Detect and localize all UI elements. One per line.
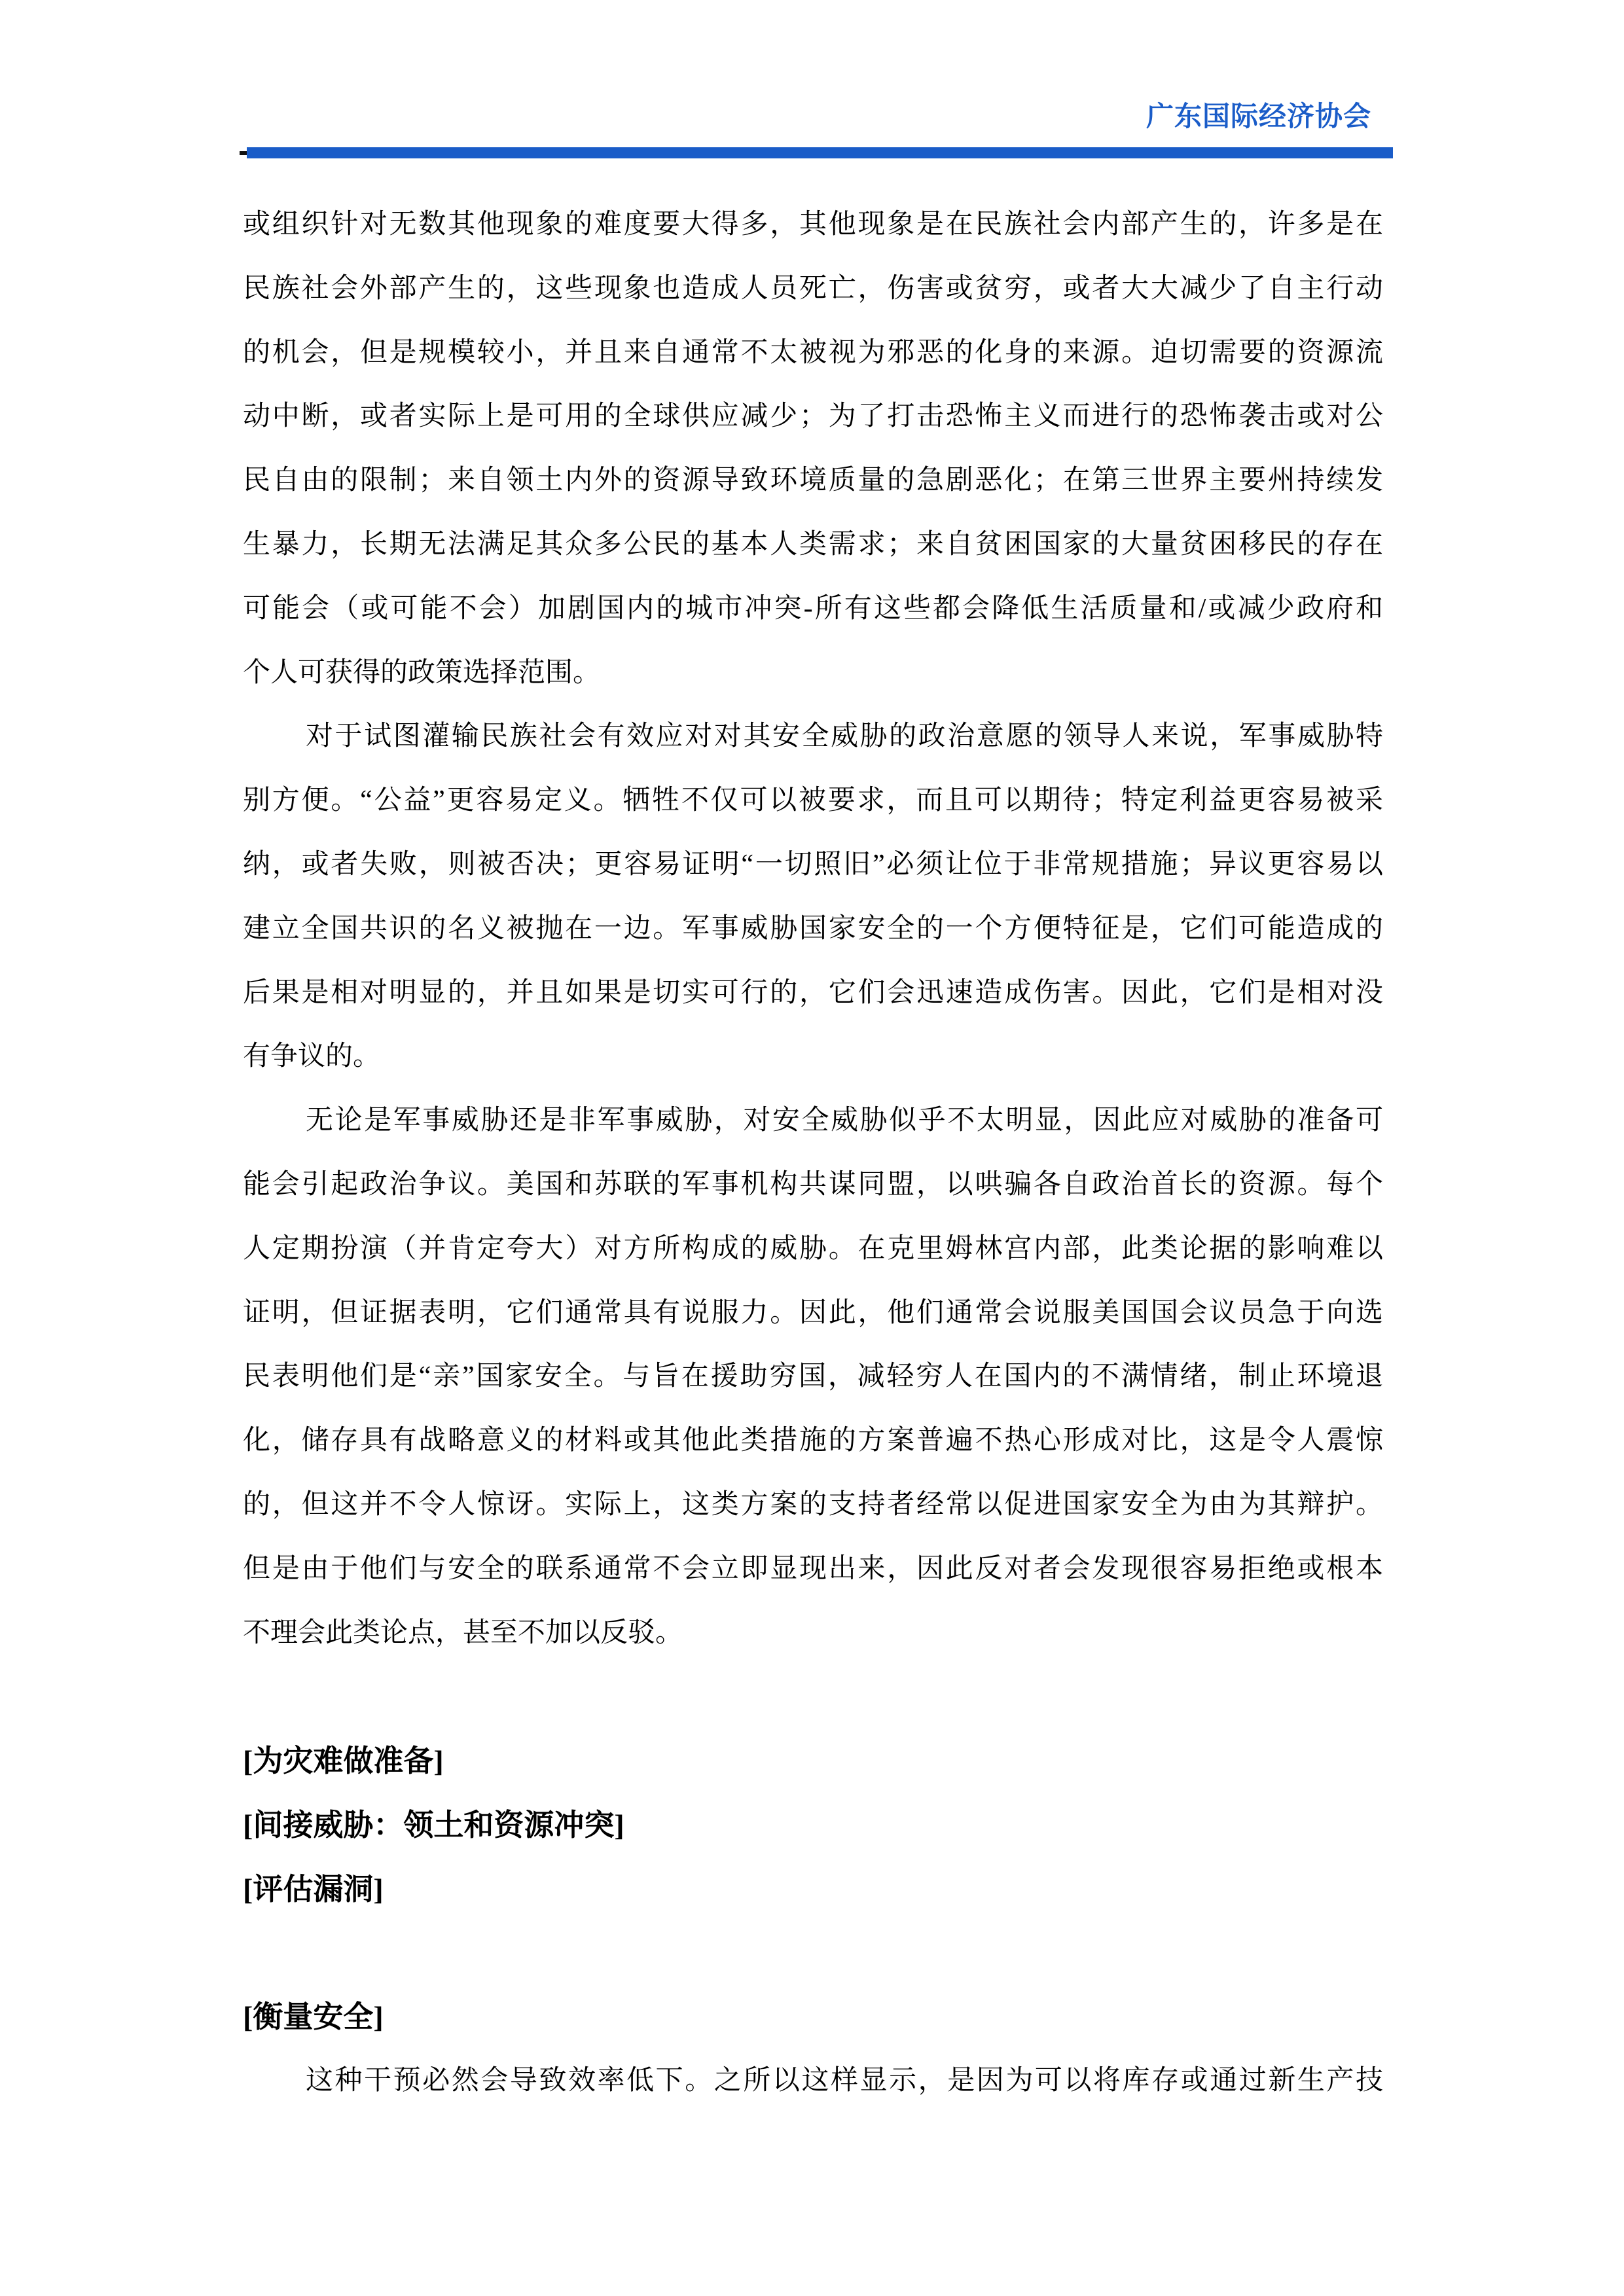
body-text: 或组织针对无数其他现象的难度要大得多，其他现象是在民族社会内部产生的，许多是在 …: [243, 193, 1383, 2113]
text-line: 民自由的限制；来自领土内外的资源导致环境质量的急剧恶化；在第三世界主要州持续发: [243, 449, 1383, 513]
text-line: 这种干预必然会导致效率低下。之所以这样显示，是因为可以将库存或通过新生产技: [243, 2049, 1383, 2113]
header-org-name: 广东国际经济协会: [1146, 102, 1371, 131]
section-heading: [为灾难做准备]: [243, 1729, 1383, 1793]
text-line: 证明，但证据表明，它们通常具有说服力。因此，他们通常会说服美国国会议员急于向选: [243, 1282, 1383, 1346]
text-line: 民表明他们是“亲”国家安全。与旨在援助穷国，减轻穷人在国内的不满情绪，制止环境退: [243, 1345, 1383, 1409]
text-line: 人定期扮演（并肯定夸大）对方所构成的威胁。在克里姆林宫内部，此类论据的影响难以: [243, 1217, 1383, 1282]
text-line: 的，但这并不令人惊讶。实际上，这类方案的支持者经常以促进国家安全为由为其辩护。: [243, 1473, 1383, 1537]
section-heading: [评估漏洞]: [243, 1857, 1383, 1922]
document-page: 广东国际经济协会 - 或组织针对无数其他现象的难度要大得多，其他现象是在民族社会…: [0, 0, 1624, 2296]
section-heading: [衡量安全]: [243, 1985, 1383, 2049]
text-line: 别方便。“公益”更容易定义。牺牲不仅可以被要求，而且可以期待；特定利益更容易被采: [243, 769, 1383, 833]
text-line: 个人可获得的政策选择范围。: [243, 641, 1383, 706]
text-line: 有争议的。: [243, 1025, 1383, 1089]
text-line: 对于试图灌输民族社会有效应对对其安全威胁的政治意愿的领导人来说，军事威胁特: [243, 705, 1383, 769]
text-line: 化，储存具有战略意义的材料或其他此类措施的方案普遍不热心形成对比，这是令人震惊: [243, 1409, 1383, 1473]
text-line: 后果是相对明显的，并且如果是切实可行的，它们会迅速造成伤害。因此，它们是相对没: [243, 961, 1383, 1026]
text-line: 生暴力，长期无法满足其众多公民的基本人类需求；来自贫困国家的大量贫困移民的存在: [243, 513, 1383, 577]
text-line: 但是由于他们与安全的联系通常不会立即显现出来，因此反对者会发现很容易拒绝或根本: [243, 1537, 1383, 1602]
text-line: 的机会，但是规模较小，并且来自通常不太被视为邪恶的化身的来源。迫切需要的资源流: [243, 321, 1383, 386]
text-line: 可能会（或可能不会）加剧国内的城市冲突-所有这些都会降低生活质量和/或减少政府和: [243, 577, 1383, 641]
text-line: 动中断，或者实际上是可用的全球供应减少；为了打击恐怖主义而进行的恐怖袭击或对公: [243, 385, 1383, 449]
blank-line: [243, 1922, 1383, 1986]
header-rule: [247, 147, 1393, 158]
text-line: 或组织针对无数其他现象的难度要大得多，其他现象是在民族社会内部产生的，许多是在: [243, 193, 1383, 257]
text-line: 建立全国共识的名义被抛在一边。军事威胁国家安全的一个方便特征是，它们可能造成的: [243, 897, 1383, 961]
text-line: 不理会此类论点，甚至不加以反驳。: [243, 1602, 1383, 1666]
text-line: 纳，或者失败，则被否决；更容易证明“一切照旧”必须让位于非常规措施；异议更容易以: [243, 833, 1383, 897]
section-heading: [间接威胁：领土和资源冲突]: [243, 1793, 1383, 1857]
text-line: 民族社会外部产生的，这些现象也造成人员死亡，伤害或贫穷，或者大大减少了自主行动: [243, 257, 1383, 321]
text-line: 无论是军事威胁还是非军事威胁，对安全威胁似乎不太明显，因此应对威胁的准备可: [243, 1089, 1383, 1153]
text-line: 能会引起政治争议。美国和苏联的军事机构共谋同盟，以哄骗各自政治首长的资源。每个: [243, 1153, 1383, 1217]
blank-line: [243, 1665, 1383, 1729]
